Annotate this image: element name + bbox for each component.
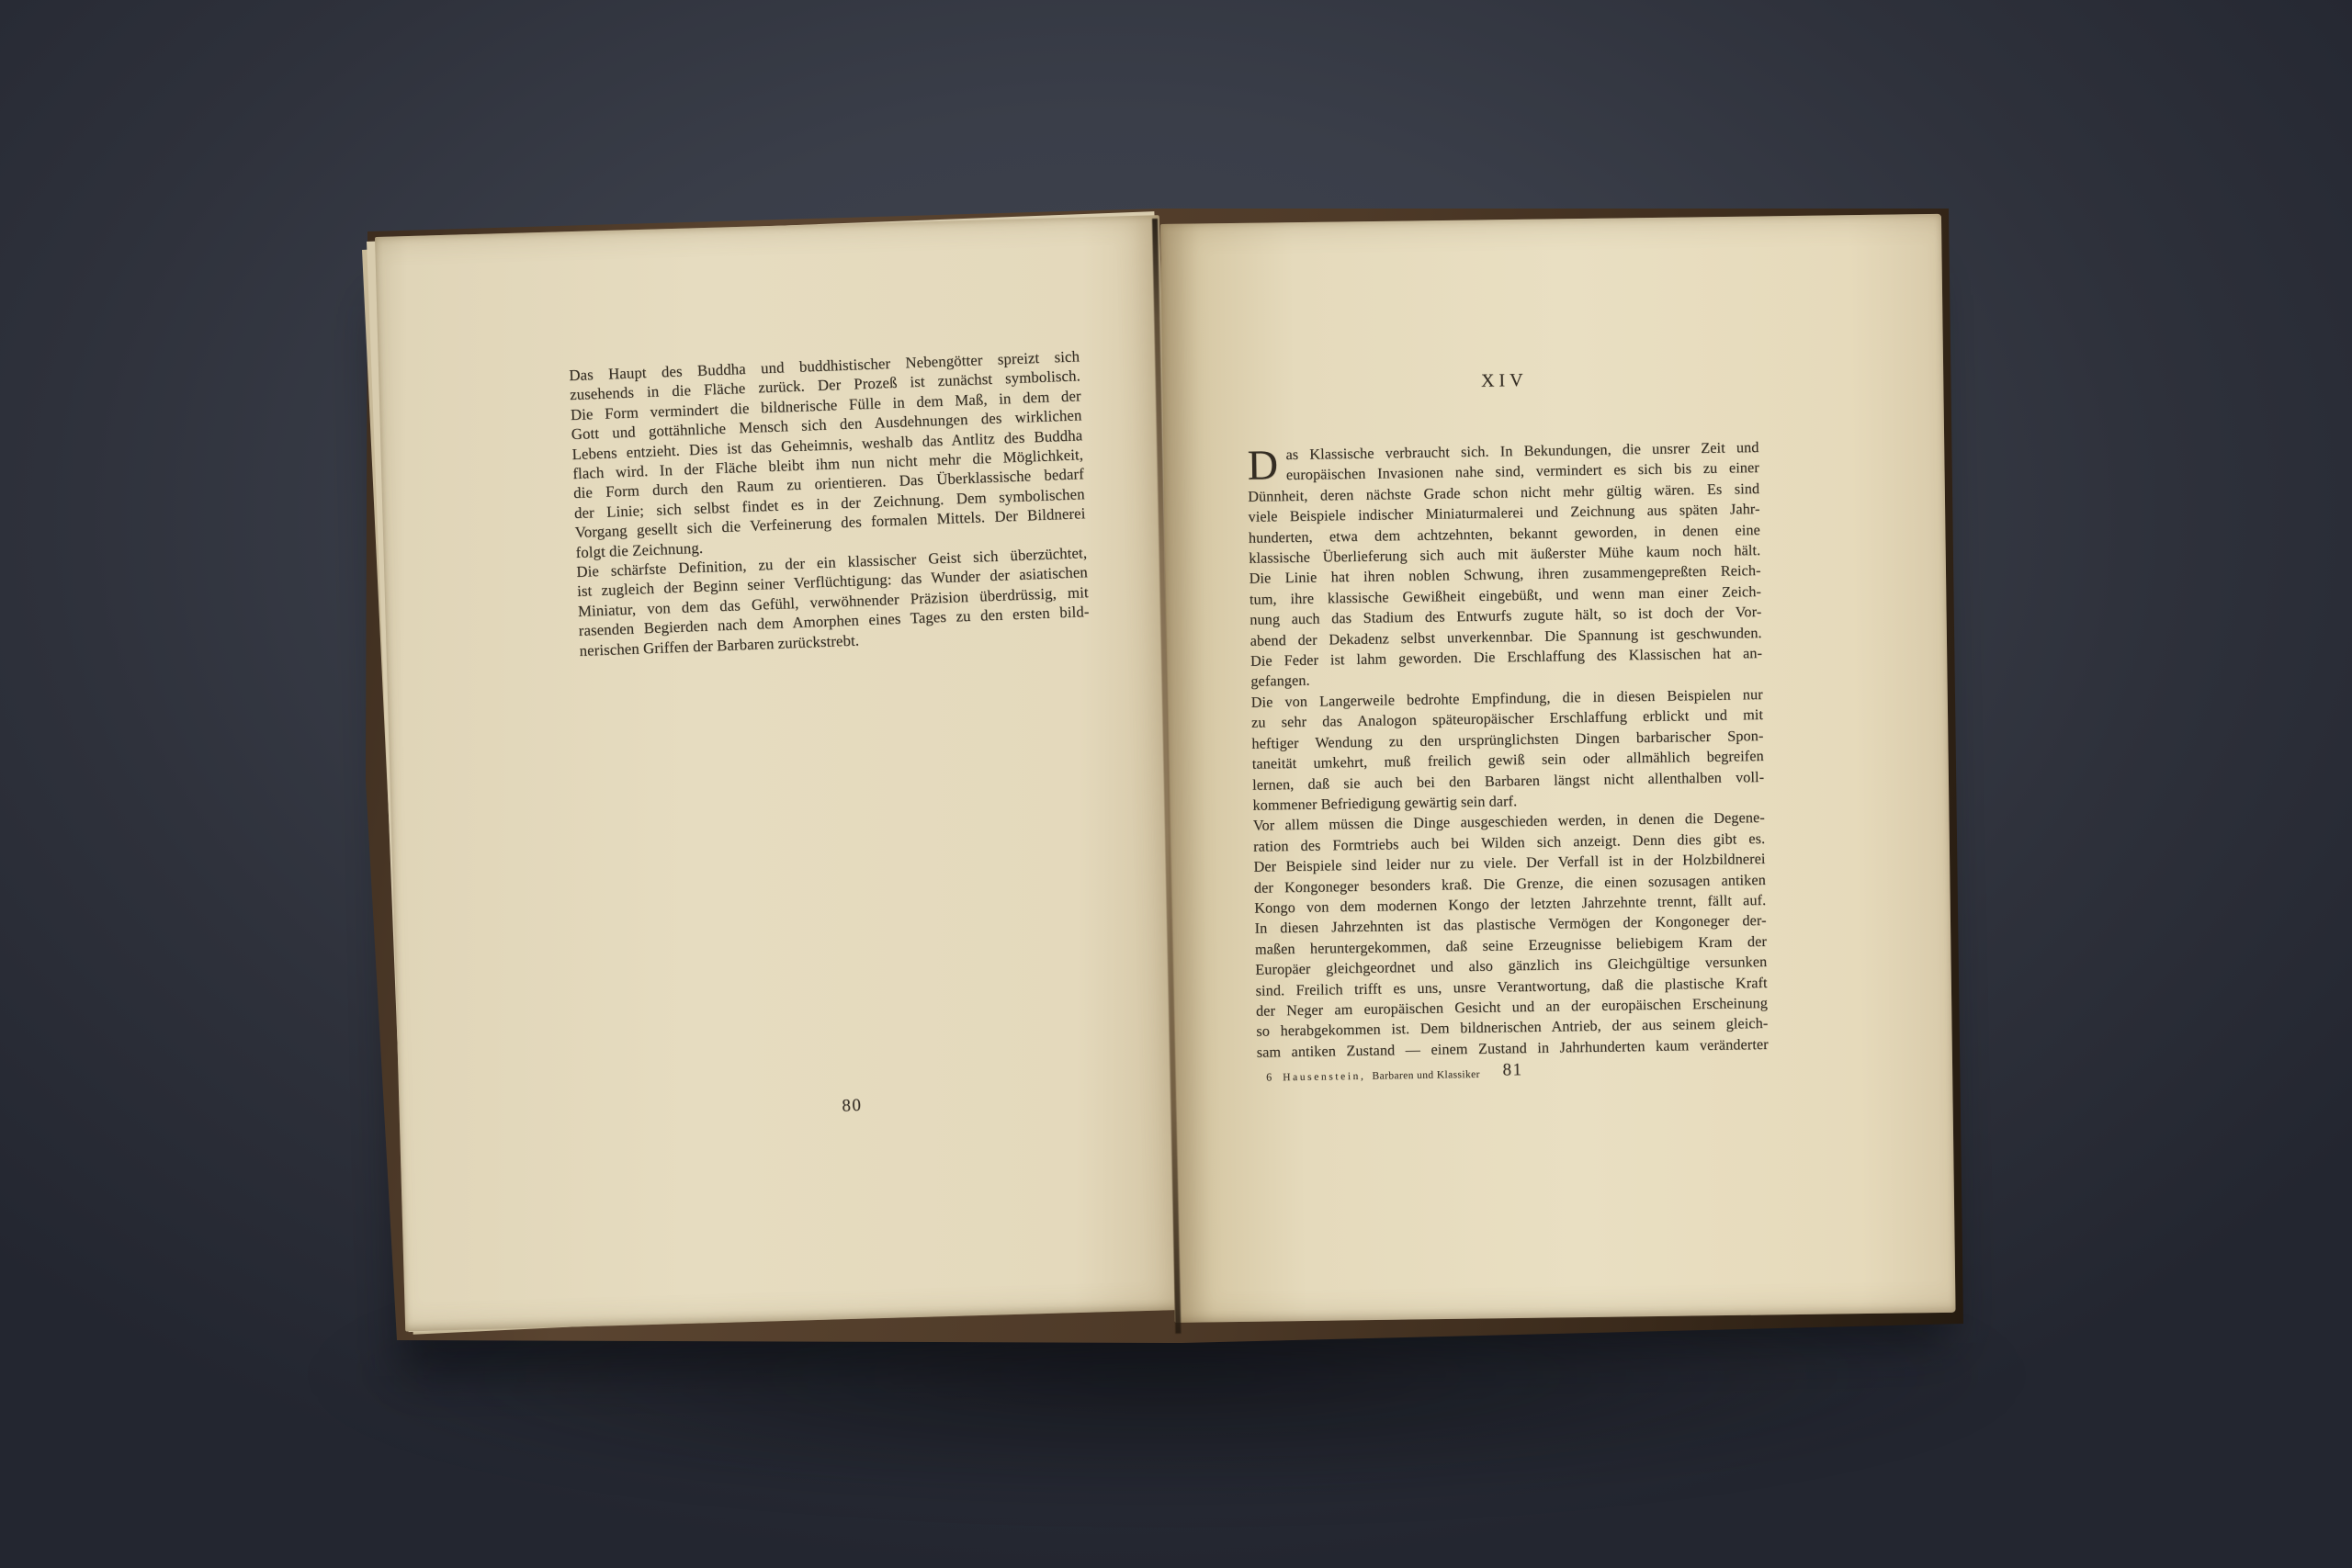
- page-number-left: 80: [596, 1087, 1107, 1126]
- paragraph: Die schärfste Definition, zu der ein kla…: [576, 543, 1091, 660]
- right-page-text-block: XIV D as Klassische verbraucht sich. In …: [1246, 366, 1769, 1063]
- right-page: XIV D as Klassische verbraucht sich. In …: [1160, 214, 1956, 1323]
- paragraph: Die von Langerweile bedrohte Empfindung,…: [1251, 684, 1765, 816]
- left-page: Das Haupt des Buddha und buddhistischer …: [375, 215, 1190, 1331]
- paragraph-with-dropcap: D as Klassische verbraucht sich. In Beku…: [1247, 437, 1762, 693]
- photo-background: Das Haupt des Buddha und buddhistischer …: [0, 0, 2352, 1568]
- paragraph: Vor allem müssen die Dinge ausgeschieden…: [1253, 807, 1769, 1063]
- chapter-heading: XIV: [1246, 366, 1758, 396]
- drop-cap-letter: D: [1247, 446, 1278, 485]
- paragraph: Das Haupt des Buddha und buddhistischer …: [569, 346, 1087, 562]
- left-page-text-block: Das Haupt des Buddha und buddhistischer …: [569, 346, 1091, 660]
- right-page-footer: 6Hausenstein,Barbaren und Klassiker 81: [1257, 1056, 1769, 1092]
